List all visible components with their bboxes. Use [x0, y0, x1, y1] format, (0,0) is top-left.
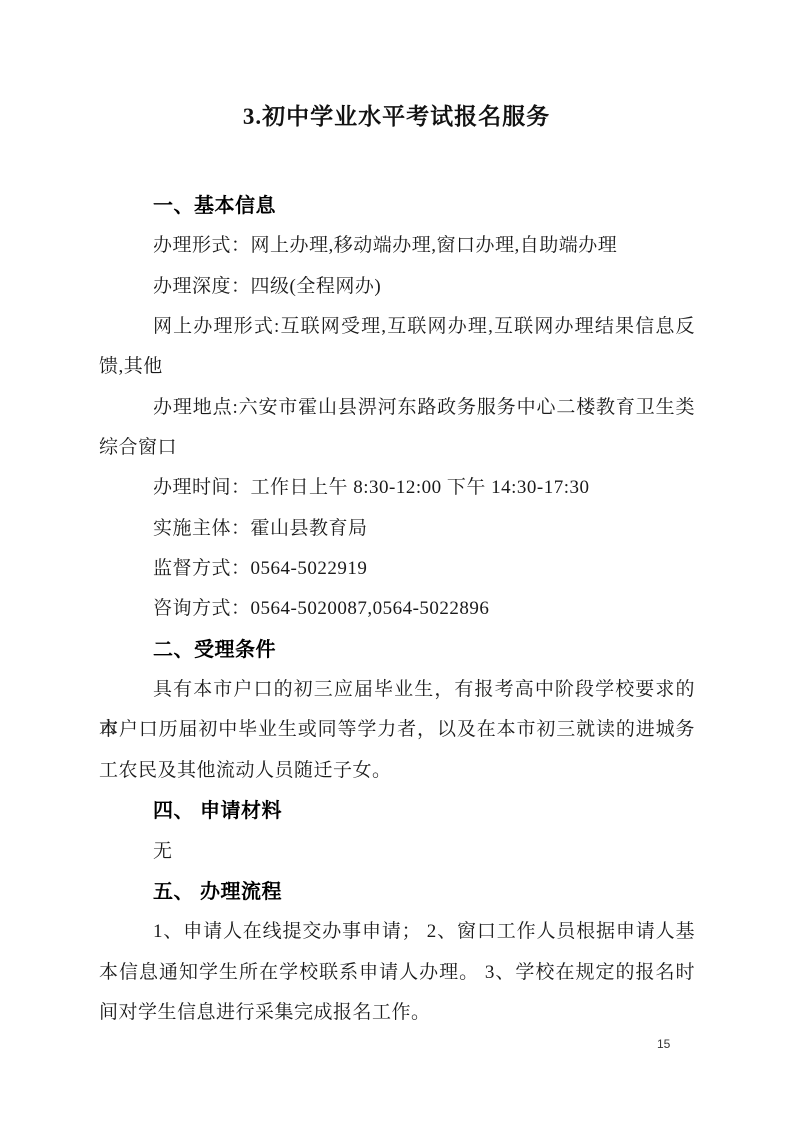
text-application-materials-none: 无	[99, 832, 695, 872]
field-supervision-phone: 监督方式：0564-5022919	[99, 549, 695, 589]
para-acceptance-conditions-line2: 市户口历届初中毕业生或同等学力者，以及在本市初三就读的进城务	[99, 710, 695, 750]
field-online-handling-form-line2: 馈,其他	[99, 347, 695, 387]
heading-handling-process: 五、 办理流程	[99, 872, 695, 912]
field-implementing-body: 实施主体：霍山县教育局	[99, 509, 695, 549]
para-acceptance-conditions-line1: 具有本市户口的初三应届毕业生，有报考高中阶段学校要求的本	[99, 670, 695, 710]
heading-basic-info: 一、基本信息	[99, 186, 695, 226]
field-handling-location-line2: 综合窗口	[99, 428, 695, 468]
field-handling-method: 办理形式：网上办理,移动端办理,窗口办理,自助端办理	[99, 226, 695, 266]
para-handling-process-line2: 本信息通知学生所在学校联系申请人办理。 3、学校在规定的报名时	[99, 953, 695, 993]
document-page: 3.初中学业水平考试报名服务 一、基本信息 办理形式：网上办理,移动端办理,窗口…	[0, 0, 793, 1122]
heading-acceptance-conditions: 二、受理条件	[99, 630, 695, 670]
page-number: 15	[657, 1036, 670, 1052]
document-body: 一、基本信息 办理形式：网上办理,移动端办理,窗口办理,自助端办理 办理深度：四…	[99, 186, 695, 1033]
page-title: 3.初中学业水平考试报名服务	[0, 101, 793, 133]
field-consultation-phone: 咨询方式：0564-5020087,0564-5022896	[99, 589, 695, 629]
heading-application-materials: 四、 申请材料	[99, 791, 695, 831]
field-handling-depth: 办理深度：四级(全程网办)	[99, 267, 695, 307]
para-handling-process-line1: 1、申请人在线提交办事申请； 2、窗口工作人员根据申请人基	[99, 912, 695, 952]
field-handling-location-line1: 办理地点:六安市霍山县淠河东路政务服务中心二楼教育卫生类	[99, 388, 695, 428]
field-online-handling-form-line1: 网上办理形式:互联网受理,互联网办理,互联网办理结果信息反	[99, 307, 695, 347]
field-handling-time: 办理时间：工作日上午 8:30-12:00 下午 14:30-17:30	[99, 468, 695, 508]
para-handling-process-line3: 间对学生信息进行采集完成报名工作。	[99, 993, 695, 1033]
para-acceptance-conditions-line3: 工农民及其他流动人员随迁子女。	[99, 751, 695, 791]
